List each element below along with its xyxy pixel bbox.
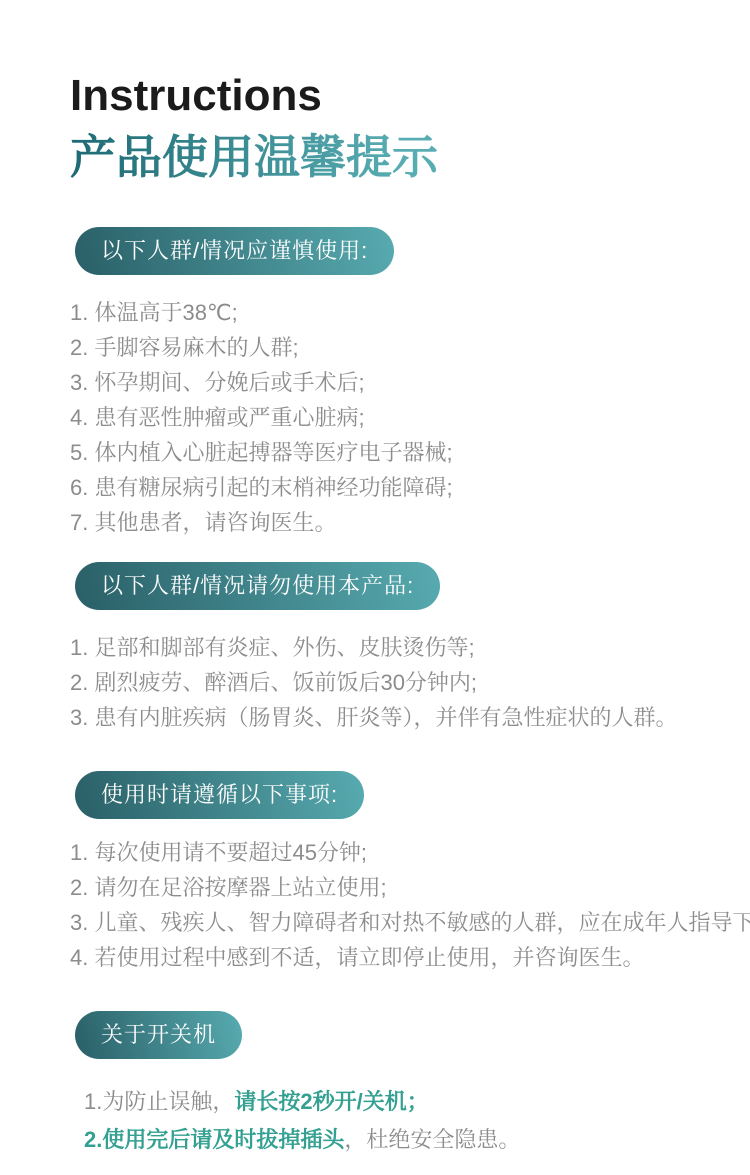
list-item: 2. 剧烈疲劳、醉酒后、饭前饭后30分钟内; [70,665,736,700]
section-use-with-caution: 以下人群/情况应谨慎使用: 1. 体温高于38℃; 2. 手脚容易麻木的人群; … [70,227,736,540]
list-item: 3. 患有内脏疾病（肠胃炎、肝炎等），并伴有急性症状的人群。 [70,700,736,735]
list-item: 3. 怀孕期间、分娩后或手术后; [70,365,736,400]
section-usage-rules: 使用时请遵循以下事项: 1. 每次使用请不要超过45分钟; 2. 请勿在足浴按摩… [70,771,736,975]
list-item-highlight: 请长按2秒开/关机； [234,1089,428,1114]
section-item-list: 1.为防止误触，请长按2秒开/关机； 2.使用完后请及时拔掉插头，杜绝安全隐患。 [70,1083,736,1159]
section-header-pill: 关于开关机 [75,1011,242,1059]
list-item: 7. 其他患者，请咨询医生。 [70,505,736,540]
list-item: 1.为防止误触，请长按2秒开/关机； [70,1083,736,1121]
list-item-text: 1.为防止误触， [84,1089,234,1114]
list-item-highlight: 2.使用完后请及时拔掉插头 [84,1127,344,1152]
list-item: 1. 每次使用请不要超过45分钟; [70,835,736,870]
list-item: 2.使用完后请及时拔掉插头，杜绝安全隐患。 [70,1121,736,1159]
instructions-page: Instructions 产品使用温馨提示 以下人群/情况应谨慎使用: 1. 体… [0,0,750,1175]
section-header-pill: 使用时请遵循以下事项: [75,771,364,819]
list-item: 1. 足部和脚部有炎症、外伤、皮肤烫伤等; [70,630,736,665]
list-item: 4. 患有恶性肿瘤或严重心脏病; [70,400,736,435]
list-item-text: ，杜绝安全隐患。 [344,1127,520,1152]
section-power-on-off: 关于开关机 1.为防止误触，请长按2秒开/关机； 2.使用完后请及时拔掉插头，杜… [70,1011,736,1159]
section-item-list: 1. 体温高于38℃; 2. 手脚容易麻木的人群; 3. 怀孕期间、分娩后或手术… [70,295,736,540]
section-header-label: 使用时请遵循以下事项: [101,782,338,807]
page-title-chinese: 产品使用温馨提示 [70,130,438,185]
section-header-pill: 以下人群/情况应谨慎使用: [75,227,394,275]
list-item: 2. 手脚容易麻木的人群; [70,330,736,365]
section-item-list: 1. 足部和脚部有炎症、外伤、皮肤烫伤等; 2. 剧烈疲劳、醉酒后、饭前饭后30… [70,630,736,735]
list-item: 1. 体温高于38℃; [70,295,736,330]
list-item: 4. 若使用过程中感到不适，请立即停止使用，并咨询医生。 [70,940,736,975]
section-header-pill: 以下人群/情况请勿使用本产品: [75,562,440,610]
list-item: 2. 请勿在足浴按摩器上站立使用; [70,870,736,905]
list-item: 6. 患有糖尿病引起的末梢神经功能障碍; [70,470,736,505]
section-item-list: 1. 每次使用请不要超过45分钟; 2. 请勿在足浴按摩器上站立使用; 3. 儿… [70,835,736,975]
page-content: Instructions 产品使用温馨提示 以下人群/情况应谨慎使用: 1. 体… [0,0,750,1159]
section-header-label: 关于开关机 [101,1022,216,1047]
section-header-label: 以下人群/情况请勿使用本产品: [101,573,414,598]
page-title-english: Instructions [70,74,736,118]
section-header-label: 以下人群/情况应谨慎使用: [101,238,368,263]
list-item: 5. 体内植入心脏起搏器等医疗电子器械; [70,435,736,470]
list-item: 3. 儿童、残疾人、智力障碍者和对热不敏感的人群，应在成年人指导下使用; [70,905,736,940]
section-do-not-use: 以下人群/情况请勿使用本产品: 1. 足部和脚部有炎症、外伤、皮肤烫伤等; 2.… [70,562,736,735]
